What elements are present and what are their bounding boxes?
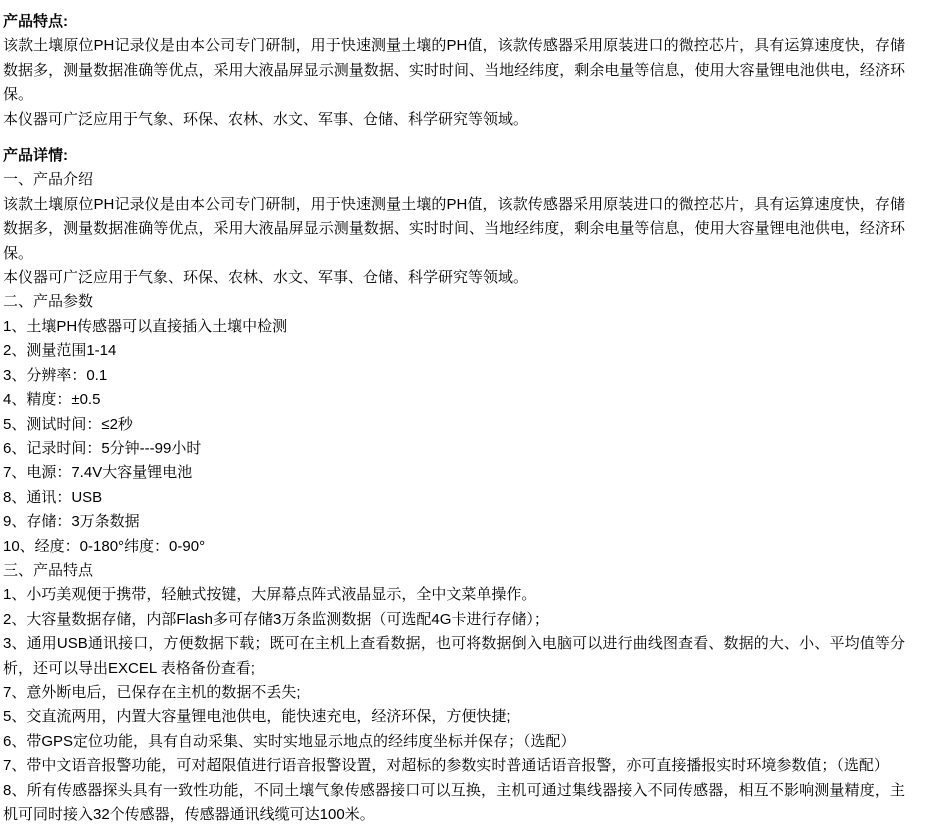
text-line: 三、产品特点 [3,559,905,583]
text-line: 6、记录时间：5分钟---99小时 [3,437,905,461]
text-line: 2、测量范围1-14 [3,339,905,363]
section-heading: 产品特点: [3,10,905,34]
text-line: 7、带中文语音报警功能，可对超限值进行语音报警设置，对超标的参数实时普通话语音报… [3,754,905,778]
product-description: 产品特点:该款土壤原位PH记录仪是由本公司专门研制，用于快速测量土壤的PH值，该… [0,0,925,827]
text-line: 二、产品参数 [3,290,905,314]
text-line: 10、经度：0-180°纬度：0-90° [3,535,905,559]
text-line: 5、交直流两用，内置大容量锂电池供电，能快速充电，经济环保，方便快捷; [3,705,905,729]
text-line: 3、通用USB通讯接口，方便数据下载；既可在主机上查看数据，也可将数据倒入电脑可… [3,632,905,681]
text-line: 3、分辨率：0.1 [3,364,905,388]
text-line: 本仪器可广泛应用于气象、环保、农林、水文、军事、仓储、科学研究等领域。 [3,108,905,132]
text-line: 9、存储：3万条数据 [3,510,905,534]
text-line: 8、所有传感器探头具有一致性功能，不同土壤气象传感器接口可以互换，主机可通过集线… [3,779,905,828]
text-line: 8、通讯：USB [3,486,905,510]
text-line: 该款土壤原位PH记录仪是由本公司专门研制，用于快速测量土壤的PH值，该款传感器采… [3,193,905,266]
text-line: 2、大容量数据存储，内部Flash多可存储3万条监测数据（可选配4G卡进行存储）… [3,608,905,632]
text-line: 7、意外断电后，已保存在主机的数据不丢失; [3,681,905,705]
text-line: 1、土壤PH传感器可以直接插入土壤中检测 [3,315,905,339]
text-line: 本仪器可广泛应用于气象、环保、农林、水文、军事、仓储、科学研究等领域。 [3,266,905,290]
text-line: 4、精度：±0.5 [3,388,905,412]
text-line: 一、产品介绍 [3,168,905,192]
section-heading: 产品详情: [3,144,905,168]
text-line: 1、小巧美观便于携带，轻触式按键，大屏幕点阵式液晶显示，全中文菜单操作。 [3,583,905,607]
text-line: 6、带GPS定位功能，具有自动采集、实时实地显示地点的经纬度坐标并保存；（选配） [3,730,905,754]
text-line: 该款土壤原位PH记录仪是由本公司专门研制，用于快速测量土壤的PH值，该款传感器采… [3,34,905,107]
text-line: 5、测试时间：≤2秒 [3,413,905,437]
text-line: 7、电源：7.4V大容量锂电池 [3,461,905,485]
